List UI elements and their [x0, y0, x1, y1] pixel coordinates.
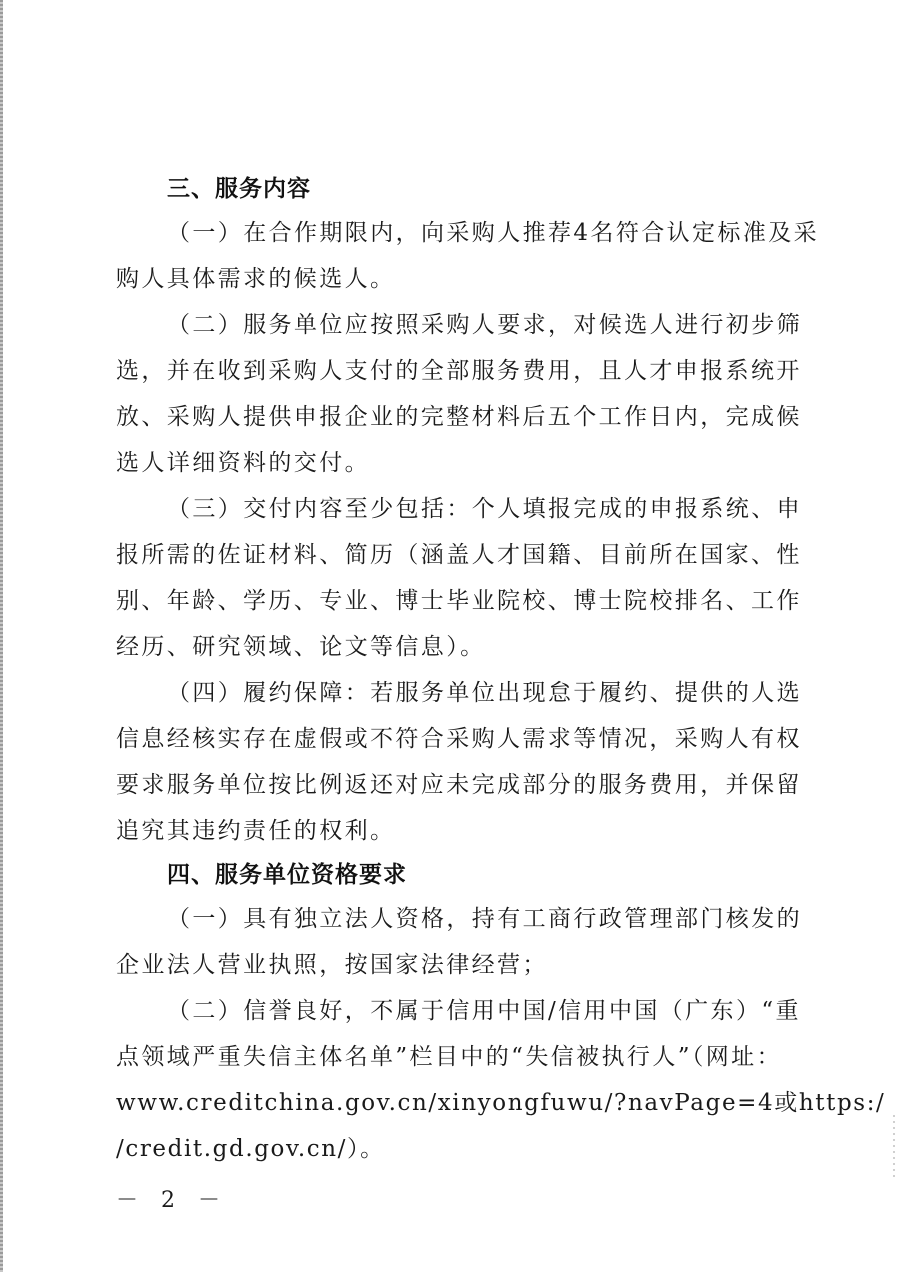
paragraph-line: （四）履约保障：若服务单位出现怠于履约、提供的人选 [167, 676, 776, 710]
paragraph-line: 购人具体需求的候选人。 [116, 262, 776, 296]
paragraph-line: （二）信誉良好，不属于信用中国/信用中国（广东）“重 [167, 994, 776, 1028]
paragraph-line: 信息经核实存在虚假或不符合采购人需求等情况，采购人有权 [116, 722, 776, 756]
paragraph-line: 经历、研究领域、论文等信息）。 [116, 630, 776, 664]
document-page: 三、服务内容 （一）在合作期限内，向采购人推荐4名符合认定标准及采 购人具体需求… [0, 0, 900, 1272]
paragraph-line: 追究其违约责任的权利。 [116, 814, 776, 848]
section-heading-qualification-requirements: 四、服务单位资格要求 [167, 858, 407, 892]
paragraph-line: （二）服务单位应按照采购人要求，对候选人进行初步筛 [167, 308, 776, 342]
paragraph-line: 点领域严重失信主体名单”栏目中的“失信被执行人”（网址： [116, 1040, 776, 1074]
paragraph-line: 选，并在收到采购人支付的全部服务费用，且人才申报系统开 [116, 354, 776, 388]
paragraph-line: 要求服务单位按比例返还对应未完成部分的服务费用，并保留 [116, 768, 776, 802]
paragraph-line: 放、采购人提供申报企业的完整材料后五个工作日内，完成候 [116, 400, 776, 434]
page-number: － 2 － [116, 1186, 228, 1216]
paragraph-line: （一）具有独立法人资格，持有工商行政管理部门核发的 [167, 902, 776, 936]
paragraph-line: 报所需的佐证材料、简历（涵盖人才国籍、目前所在国家、性 [116, 538, 776, 572]
url-line: /credit.gd.gov.cn/）。 [116, 1132, 776, 1166]
url-line: www.creditchina.gov.cn/xinyongfuwu/?navP… [116, 1086, 776, 1120]
paragraph-line: 企业法人营业执照，按国家法律经营； [116, 948, 776, 982]
paragraph-line: （三）交付内容至少包括：个人填报完成的申报系统、申 [167, 492, 776, 526]
section-heading-service-content: 三、服务内容 [167, 172, 311, 206]
paragraph-line: 别、年龄、学历、专业、博士毕业院校、博士院校排名、工作 [116, 584, 776, 618]
paragraph-line: 选人详细资料的交付。 [116, 446, 776, 480]
paragraph-line: （一）在合作期限内，向采购人推荐4名符合认定标准及采 [167, 216, 776, 250]
